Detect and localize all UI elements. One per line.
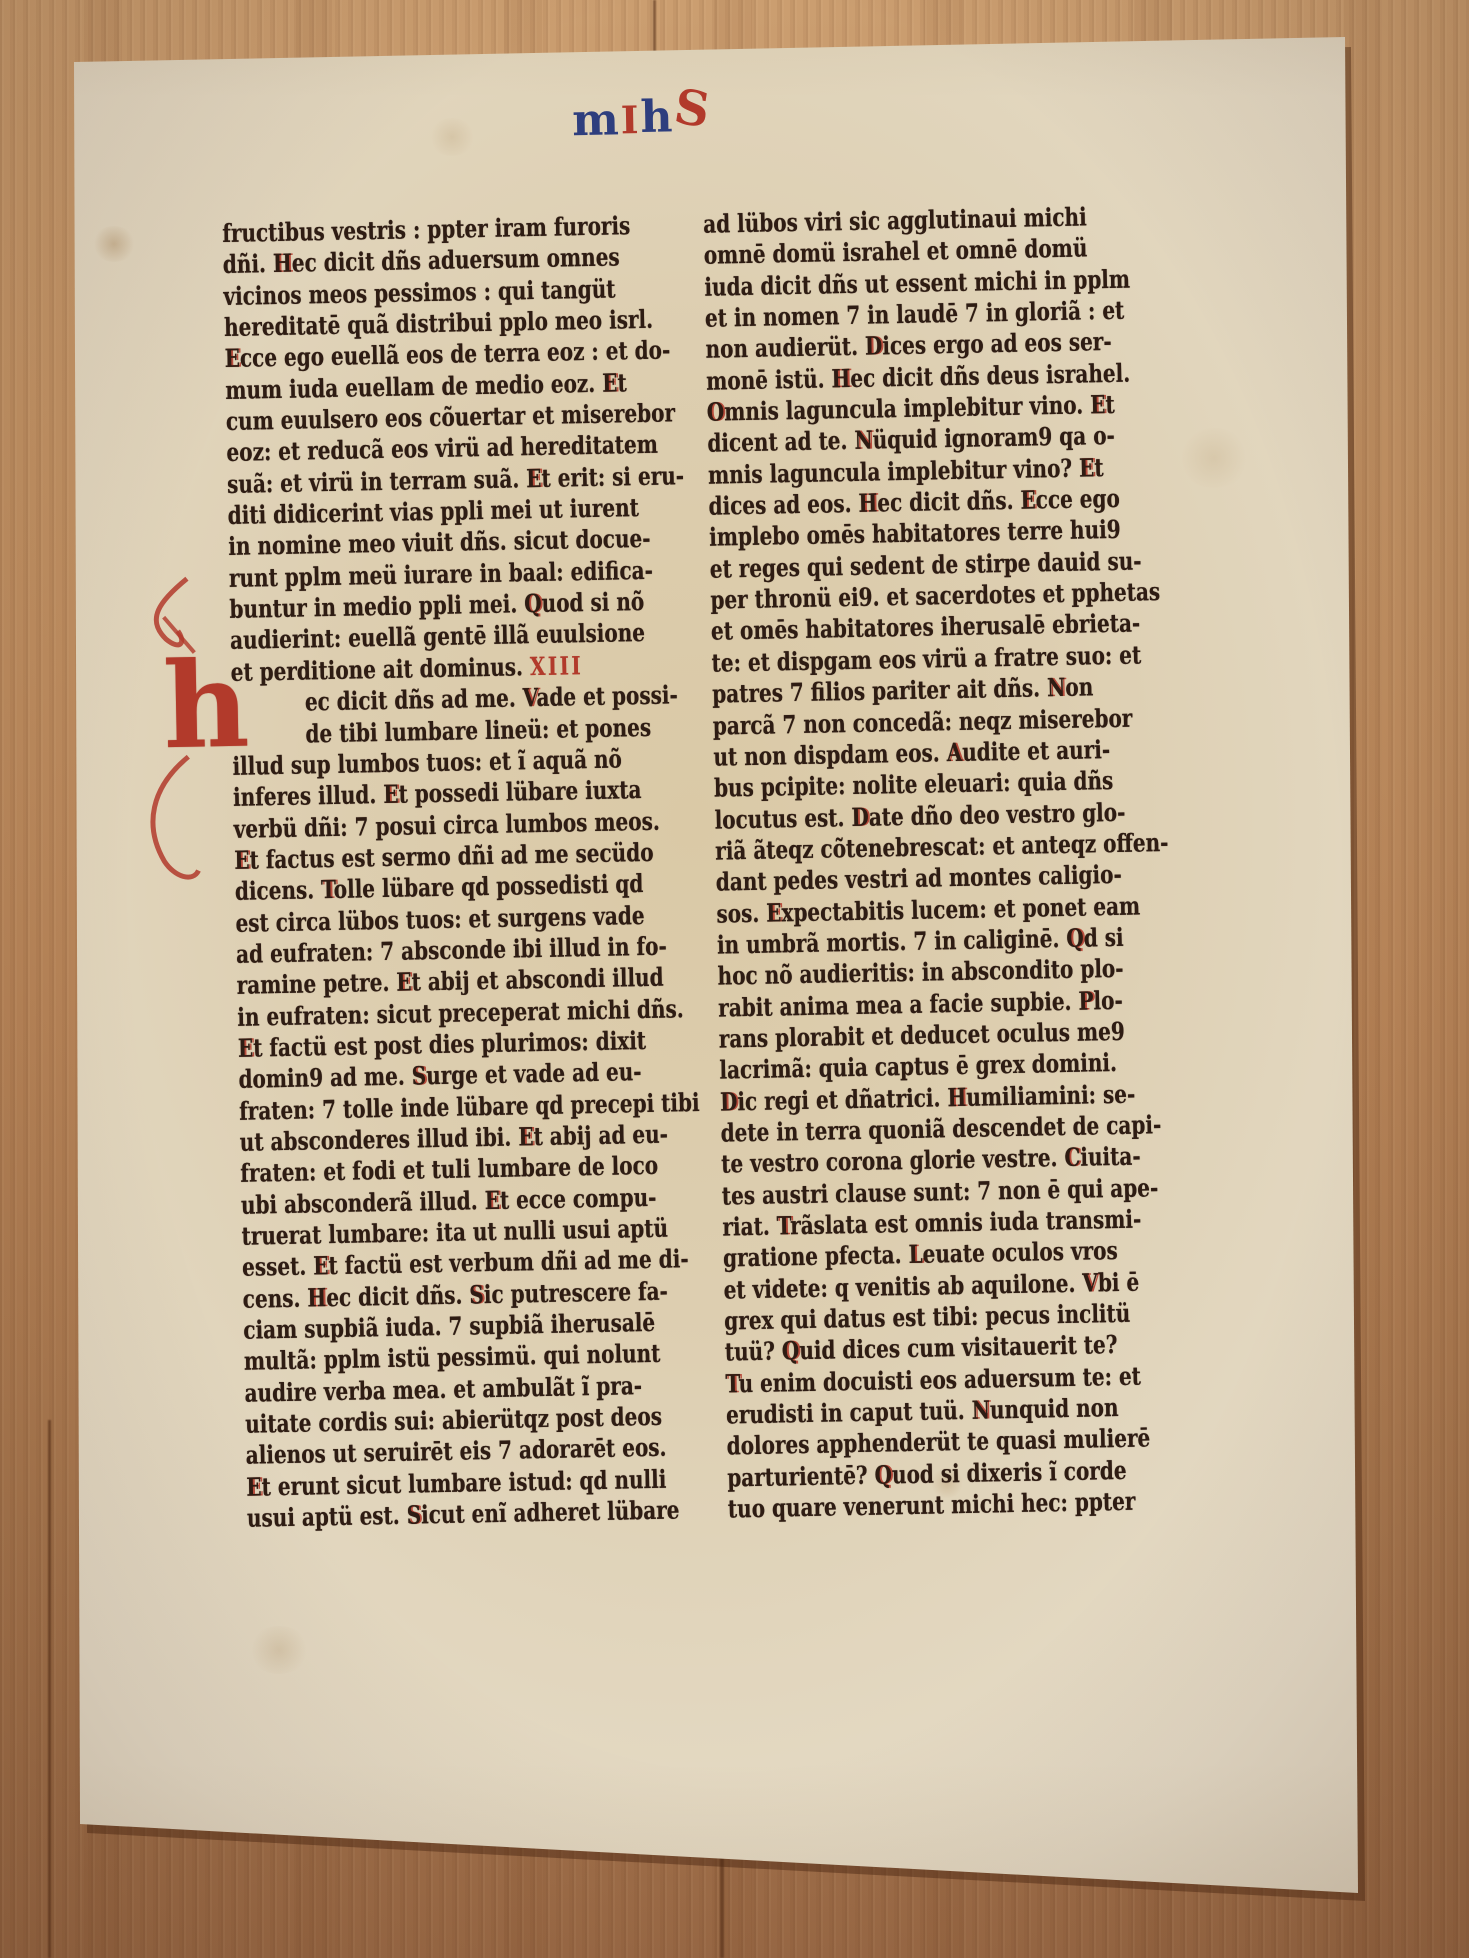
text-segment: E bbox=[313, 1251, 329, 1280]
text-segment: N bbox=[1047, 673, 1066, 702]
text-segment: C bbox=[1064, 1143, 1080, 1172]
text-segment: ices ergo ad eos ser- bbox=[882, 327, 1112, 360]
text-segment: H bbox=[831, 364, 850, 393]
running-title-letter: m bbox=[572, 96, 621, 145]
text-segment: E bbox=[1079, 453, 1095, 482]
text-segment: t ecce compu- bbox=[500, 1183, 657, 1215]
running-title-letter: I bbox=[620, 96, 641, 144]
text-segment: A bbox=[946, 738, 962, 767]
text-segment: t bbox=[617, 368, 627, 397]
text-segment: iuita- bbox=[1080, 1142, 1141, 1172]
text-segment: t possedi lübare iuxta bbox=[398, 775, 641, 809]
text-segment: inferes illud. bbox=[233, 780, 384, 812]
text-segment: E bbox=[1020, 486, 1036, 515]
running-title: mIhS bbox=[572, 89, 712, 144]
text-segment: S bbox=[411, 1062, 426, 1091]
text-segment: audierint: euellã gentē illã euulsione bbox=[230, 618, 645, 655]
text-segment: parturientē? bbox=[727, 1460, 875, 1492]
text-segment: euate oculos vros bbox=[922, 1236, 1118, 1269]
text-segment: ramine petre. bbox=[236, 968, 396, 1000]
text-segment: t factü est verbum dñi ad me di- bbox=[328, 1245, 689, 1281]
text-segment: ate dño deo vestro glo- bbox=[868, 797, 1125, 831]
text-segment: V bbox=[1082, 1268, 1098, 1297]
text-segment: dñi. bbox=[223, 249, 274, 279]
text-segment: P bbox=[1078, 986, 1094, 1015]
text-segment: E bbox=[246, 1472, 262, 1501]
text-segment: ic regi et dñatrici. bbox=[737, 1083, 948, 1116]
text-segment: udite et auri- bbox=[962, 735, 1110, 767]
text-segment: on bbox=[1065, 673, 1093, 703]
text-segment: E bbox=[518, 1122, 534, 1151]
text-segment: E bbox=[766, 898, 782, 927]
text-segment: T bbox=[321, 875, 334, 904]
text-segment: S bbox=[469, 1280, 484, 1309]
text-segment: dicent ad te. bbox=[707, 426, 855, 458]
text-segment: tuo quare venerunt michi hec: ppter bbox=[728, 1487, 1136, 1524]
text-segment: t erit: si eru- bbox=[541, 461, 684, 493]
text-segment: t abij ad eu- bbox=[533, 1120, 668, 1152]
text-segment: ec dicit dñs ad me. bbox=[305, 683, 523, 716]
text-segment: üquid ignoram9 qa o- bbox=[872, 421, 1115, 455]
text-segment: cens. bbox=[242, 1283, 307, 1313]
text-segment: V bbox=[522, 683, 536, 712]
text-segment: non audierüt. bbox=[705, 332, 865, 364]
text-segment: monē istü. bbox=[706, 364, 832, 395]
text-segment: D bbox=[720, 1087, 738, 1116]
text-segment: L bbox=[908, 1240, 923, 1269]
text-segment: tuü? bbox=[725, 1337, 783, 1367]
text-segment: ut absconderes illud ibi. bbox=[239, 1122, 518, 1156]
text-segment: t bbox=[1105, 390, 1115, 419]
text-segment: S bbox=[406, 1501, 421, 1530]
text-segment: Q bbox=[1066, 923, 1084, 952]
text-segment: H bbox=[307, 1283, 326, 1312]
text-segment: et perditione ait dominus. bbox=[230, 652, 530, 687]
text-segment: uod si nõ bbox=[541, 587, 644, 618]
text-segment: ubi absconderã illud. bbox=[241, 1186, 485, 1220]
text-segment: T bbox=[725, 1369, 739, 1398]
text-segment: Q bbox=[874, 1460, 892, 1489]
text-segment: d si bbox=[1084, 923, 1124, 953]
text-segment: H bbox=[858, 489, 877, 518]
text-segment: gratione pfecta. bbox=[723, 1240, 909, 1273]
text-segment: patres 7 filios pariter ait dñs. bbox=[712, 673, 1047, 708]
text-segment: buntur in medio ppli mei. bbox=[229, 589, 524, 624]
text-segment: N bbox=[854, 426, 873, 455]
text-segment: cce ego bbox=[1035, 484, 1120, 515]
text-segment: E bbox=[383, 780, 399, 809]
text-segment: E bbox=[224, 344, 240, 373]
text-segment: dices ad eos. bbox=[708, 489, 858, 521]
text-segment: dicens. bbox=[235, 875, 322, 906]
text-segment: icut enĩ adheret lübare bbox=[421, 1496, 680, 1530]
text-segment: T bbox=[776, 1211, 790, 1240]
text-layer: mIhS h fructibus vestris : ppter iram fu… bbox=[0, 0, 1469, 1958]
text-segment: E bbox=[234, 845, 250, 874]
text-segment: te vestro corona glorie vestre. bbox=[721, 1143, 1065, 1179]
text-segment: ec dicit dñs. bbox=[877, 486, 1021, 518]
text-segment: uod si dixeris ĩ corde bbox=[892, 1456, 1127, 1489]
text-segment: E bbox=[602, 368, 618, 397]
text-segment: N bbox=[971, 1396, 990, 1425]
text-segment: de tibi lumbare lineü: et pones bbox=[305, 712, 651, 748]
running-title-letter: h bbox=[640, 93, 675, 142]
text-segment: ec dicit dñs deus israhel. bbox=[850, 358, 1130, 392]
text-segment: ut non dispdam eos. bbox=[713, 738, 947, 771]
text-segment: E bbox=[238, 1033, 254, 1062]
text-segment: D bbox=[851, 802, 869, 831]
text-segment: Q bbox=[524, 589, 542, 618]
text-segment: lo- bbox=[1093, 985, 1123, 1015]
text-column-left: fructibus vestris : ppter iram furorisdñ… bbox=[222, 209, 695, 1534]
text-segment: D bbox=[865, 332, 883, 361]
text-segment: E bbox=[396, 968, 412, 997]
text-segment: E bbox=[1090, 390, 1106, 419]
text-segment: ec dicit dñs. bbox=[326, 1280, 470, 1312]
text-segment: H bbox=[947, 1083, 966, 1112]
text-segment: erudisti in caput tuü. bbox=[726, 1396, 972, 1430]
text-segment: urge et vade ad eu- bbox=[426, 1057, 642, 1090]
text-segment: locutus est. bbox=[714, 803, 851, 835]
text-segment: t bbox=[1094, 453, 1104, 482]
text-segment: uid dices cum visitauerit te? bbox=[799, 1330, 1118, 1365]
text-segment: olle lübare qd possedisti qd bbox=[333, 869, 643, 904]
text-segment: umiliamini: se- bbox=[966, 1079, 1136, 1111]
text-segment: O bbox=[707, 397, 725, 426]
text-segment: suã: et virü in terram suã. bbox=[227, 464, 527, 499]
text-segment: E bbox=[526, 464, 542, 493]
text-segment: H bbox=[273, 249, 292, 278]
text-segment: usui aptü est. bbox=[247, 1501, 407, 1533]
text-segment: ade et possi- bbox=[536, 680, 678, 712]
text-segment: unquid non bbox=[990, 1393, 1119, 1424]
text-segment: sos. bbox=[716, 898, 766, 928]
text-segment: XIII bbox=[530, 651, 584, 681]
photo-canvas: { "page": { "description": "Gutenberg Bi… bbox=[0, 0, 1469, 1958]
text-segment: bi ē bbox=[1098, 1267, 1140, 1297]
text-segment: Q bbox=[782, 1337, 800, 1366]
text-segment: t abij et abscondi illud bbox=[411, 963, 664, 997]
text-segment: riat. bbox=[722, 1212, 777, 1242]
text-segment: ec dicit dñs aduersum omnes bbox=[292, 243, 620, 278]
text-column-right: ad lübos viri sic agglutinaui michiomnē … bbox=[703, 200, 1176, 1525]
text-segment: esset. bbox=[242, 1252, 314, 1282]
text-segment: ic putrescere fa- bbox=[484, 1276, 669, 1309]
running-title-letter: S bbox=[672, 82, 716, 135]
text-segment: E bbox=[484, 1186, 500, 1215]
text-segment: domin9 ad me. bbox=[238, 1062, 412, 1094]
